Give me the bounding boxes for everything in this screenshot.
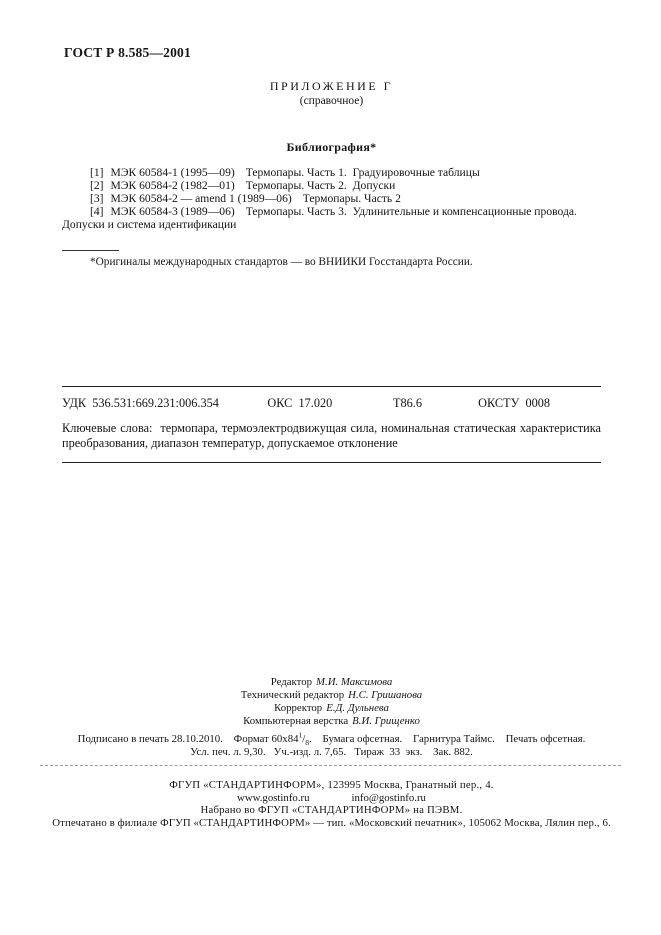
document-page: ГОСТ Р 8.585—2001 ПРИЛОЖЕНИЕ Г (справочн… [0, 0, 661, 935]
editor-line: Технический редакторН.С. Гришанова [62, 689, 601, 702]
bib-item: [2]МЭК 60584-2 (1982—01)Термопары. Часть… [62, 179, 603, 192]
bib-code: МЭК 60584-2 — amend 1 (1989—06) [111, 192, 292, 205]
imprint-text: Подписано в печать 28.10.2010. Формат 60… [78, 733, 299, 745]
bib-code: МЭК 60584-3 (1989—06) [111, 205, 235, 218]
editor-name: Н.С. Гришанова [348, 689, 422, 701]
bib-text: Термопары. Часть 1. Градуировочные табли… [246, 166, 480, 179]
imprint-line-1: Подписано в печать 28.10.2010. Формат 60… [62, 733, 601, 745]
bib-ref: [3] [90, 192, 104, 205]
editor-line: РедакторМ.И. Максимова [62, 676, 601, 689]
bib-ref: [1] [90, 166, 104, 179]
editor-role: Редактор [271, 676, 312, 688]
publisher-address: ФГУП «СТАНДАРТИНФОРМ», 123995 Москва, Гр… [62, 779, 601, 792]
editors-block: РедакторМ.И. Максимова Технический редак… [62, 676, 601, 728]
bib-code: МЭК 60584-1 (1995—09) [111, 166, 235, 179]
bib-item: [3]МЭК 60584-2 — amend 1 (1989—06)Термоп… [62, 192, 603, 205]
bibliography-list: [1]МЭК 60584-1 (1995—09)Термопары. Часть… [62, 166, 603, 231]
imprint-text: . Бумага офсетная. Гарнитура Таймс. Печа… [309, 733, 585, 745]
editor-name: М.И. Максимова [316, 676, 392, 688]
printed-note: Отпечатано в филиале ФГУП «СТАНДАРТИНФОР… [34, 817, 629, 829]
separator-rule [62, 462, 601, 463]
bib-item: [1]МЭК 60584-1 (1995—09)Термопары. Часть… [62, 166, 603, 179]
udk-code: УДК 536.531:669.231:006.354 [62, 396, 219, 411]
appendix-subtitle: (справочное) [62, 95, 601, 107]
doc-number: ГОСТ Р 8.585—2001 [64, 45, 191, 61]
editor-role: Корректор [274, 702, 322, 714]
editor-role: Технический редактор [241, 689, 344, 701]
publisher-email: info@gostinfo.ru [352, 792, 426, 804]
oks-code: ОКС 17.020 [267, 396, 332, 411]
keywords-paragraph: Ключевые слова: термопара, термоэлектрод… [62, 421, 601, 451]
imprint-line-2: Усл. печ. л. 9,30. Уч.-изд. л. 7,65. Тир… [62, 746, 601, 758]
footnote-separator-rule [62, 250, 119, 251]
editor-name: В.И. Грищенко [352, 715, 420, 727]
editor-line: КорректорЕ.Д. Дульнева [62, 702, 601, 715]
t-code: Т86.6 [393, 396, 422, 411]
bib-ref: [4] [90, 205, 104, 218]
bib-item: [4]МЭК 60584-3 (1989—06)Термопары. Часть… [62, 205, 603, 231]
okstu-code: ОКСТУ 0008 [478, 396, 550, 411]
bib-text: Термопары. Часть 2. Допуски [246, 179, 396, 192]
appendix-title: ПРИЛОЖЕНИЕ Г [62, 79, 601, 94]
bib-text: Термопары. Часть 2 [303, 192, 401, 205]
publisher-contacts: www.gostinfo.ruinfo@gostinfo.ru [62, 792, 601, 804]
bib-code: МЭК 60584-2 (1982—01) [111, 179, 235, 192]
separator-rule [62, 386, 601, 387]
editor-role: Компьютерная верстка [243, 715, 348, 727]
classification-row: УДК 536.531:669.231:006.354 ОКС 17.020 Т… [62, 396, 601, 412]
typeset-note: Набрано во ФГУП «СТАНДАРТИНФОРМ» на ПЭВМ… [62, 804, 601, 816]
dashed-separator-rule [40, 765, 621, 766]
editor-line: Компьютерная версткаВ.И. Грищенко [62, 715, 601, 728]
publisher-website: www.gostinfo.ru [237, 792, 309, 804]
bib-ref: [2] [90, 179, 104, 192]
bibliography-heading: Библиография* [62, 140, 601, 155]
footnote-text: *Оригиналы международных стандартов — во… [62, 256, 601, 268]
editor-name: Е.Д. Дульнева [326, 702, 389, 714]
